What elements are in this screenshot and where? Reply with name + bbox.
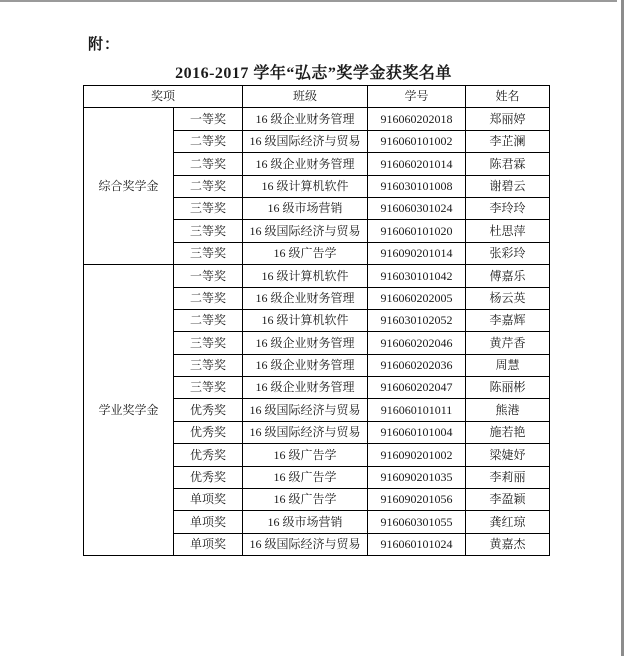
award-cell: 三等奖	[174, 377, 243, 399]
student-id-cell: 916090201002	[368, 444, 466, 466]
name-cell: 李盈颖	[466, 489, 550, 511]
name-cell: 张彩玲	[466, 242, 550, 264]
table-row: 学业奖学金一等奖16 级计算机软件916030101042傅嘉乐	[84, 265, 550, 287]
header-class: 班级	[243, 86, 368, 108]
award-cell: 二等奖	[174, 130, 243, 152]
award-cell: 单项奖	[174, 533, 243, 555]
category-cell: 学业奖学金	[84, 265, 174, 556]
class-cell: 16 级广告学	[243, 489, 368, 511]
class-cell: 16 级市场营销	[243, 511, 368, 533]
name-cell: 施若艳	[466, 421, 550, 443]
award-cell: 二等奖	[174, 309, 243, 331]
award-cell: 三等奖	[174, 242, 243, 264]
name-cell: 郑丽婷	[466, 108, 550, 130]
class-cell: 16 级企业财务管理	[243, 354, 368, 376]
award-cell: 二等奖	[174, 153, 243, 175]
award-cell: 三等奖	[174, 197, 243, 219]
name-cell: 陈君霖	[466, 153, 550, 175]
award-cell: 单项奖	[174, 511, 243, 533]
class-cell: 16 级国际经济与贸易	[243, 421, 368, 443]
document-page: 附： 2016-2017 学年“弘志”奖学金获奖名单 奖项 班级 学号 姓名 综…	[0, 0, 627, 656]
award-cell: 三等奖	[174, 332, 243, 354]
class-cell: 16 级企业财务管理	[243, 287, 368, 309]
student-id-cell: 916090201056	[368, 489, 466, 511]
student-id-cell: 916030102052	[368, 309, 466, 331]
class-cell: 16 级企业财务管理	[243, 153, 368, 175]
table-row: 综合奖学金一等奖16 级企业财务管理916060202018郑丽婷	[84, 108, 550, 130]
student-id-cell: 916060101024	[368, 533, 466, 555]
name-cell: 李芷澜	[466, 130, 550, 152]
name-cell: 李玲玲	[466, 197, 550, 219]
class-cell: 16 级广告学	[243, 466, 368, 488]
page-title: 2016-2017 学年“弘志”奖学金获奖名单	[0, 60, 627, 83]
class-cell: 16 级企业财务管理	[243, 108, 368, 130]
name-cell: 杜思萍	[466, 220, 550, 242]
class-cell: 16 级国际经济与贸易	[243, 533, 368, 555]
student-id-cell: 916060301055	[368, 511, 466, 533]
name-cell: 熊港	[466, 399, 550, 421]
student-id-cell: 916030101008	[368, 175, 466, 197]
name-cell: 李嘉辉	[466, 309, 550, 331]
attachment-label: 附：	[88, 33, 120, 54]
student-id-cell: 916060201014	[368, 153, 466, 175]
award-cell: 二等奖	[174, 175, 243, 197]
student-id-cell: 916060202005	[368, 287, 466, 309]
student-id-cell: 916060202046	[368, 332, 466, 354]
student-id-cell: 916090201035	[368, 466, 466, 488]
award-cell: 优秀奖	[174, 421, 243, 443]
name-cell: 傅嘉乐	[466, 265, 550, 287]
award-cell: 优秀奖	[174, 444, 243, 466]
name-cell: 黄嘉杰	[466, 533, 550, 555]
student-id-cell: 916060101011	[368, 399, 466, 421]
student-id-cell: 916060202036	[368, 354, 466, 376]
award-cell: 二等奖	[174, 287, 243, 309]
table-body: 综合奖学金一等奖16 级企业财务管理916060202018郑丽婷二等奖16 级…	[84, 108, 550, 556]
award-cell: 三等奖	[174, 354, 243, 376]
award-cell: 一等奖	[174, 108, 243, 130]
name-cell: 周慧	[466, 354, 550, 376]
award-cell: 优秀奖	[174, 399, 243, 421]
award-cell: 单项奖	[174, 489, 243, 511]
name-cell: 李莉丽	[466, 466, 550, 488]
name-cell: 梁婕妤	[466, 444, 550, 466]
name-cell: 谢碧云	[466, 175, 550, 197]
name-cell: 杨云英	[466, 287, 550, 309]
class-cell: 16 级国际经济与贸易	[243, 220, 368, 242]
header-award: 奖项	[84, 86, 243, 108]
scan-edge-right	[621, 0, 624, 656]
name-cell: 陈丽彬	[466, 377, 550, 399]
award-cell: 三等奖	[174, 220, 243, 242]
header-name: 姓名	[466, 86, 550, 108]
student-id-cell: 916090201014	[368, 242, 466, 264]
class-cell: 16 级国际经济与贸易	[243, 130, 368, 152]
class-cell: 16 级国际经济与贸易	[243, 399, 368, 421]
award-table: 奖项 班级 学号 姓名 综合奖学金一等奖16 级企业财务管理9160602020…	[83, 85, 550, 556]
student-id-cell: 916060101020	[368, 220, 466, 242]
header-student-id: 学号	[368, 86, 466, 108]
student-id-cell: 916060202047	[368, 377, 466, 399]
class-cell: 16 级广告学	[243, 444, 368, 466]
class-cell: 16 级市场营销	[243, 197, 368, 219]
name-cell: 龚红琼	[466, 511, 550, 533]
class-cell: 16 级计算机软件	[243, 175, 368, 197]
student-id-cell: 916060202018	[368, 108, 466, 130]
class-cell: 16 级企业财务管理	[243, 377, 368, 399]
class-cell: 16 级广告学	[243, 242, 368, 264]
name-cell: 黄芹香	[466, 332, 550, 354]
student-id-cell: 916060101002	[368, 130, 466, 152]
class-cell: 16 级企业财务管理	[243, 332, 368, 354]
student-id-cell: 916060101004	[368, 421, 466, 443]
table-header-row: 奖项 班级 学号 姓名	[84, 86, 550, 108]
student-id-cell: 916030101042	[368, 265, 466, 287]
category-cell: 综合奖学金	[84, 108, 174, 265]
award-cell: 优秀奖	[174, 466, 243, 488]
class-cell: 16 级计算机软件	[243, 265, 368, 287]
student-id-cell: 916060301024	[368, 197, 466, 219]
scan-edge-top	[0, 0, 617, 2]
award-cell: 一等奖	[174, 265, 243, 287]
class-cell: 16 级计算机软件	[243, 309, 368, 331]
